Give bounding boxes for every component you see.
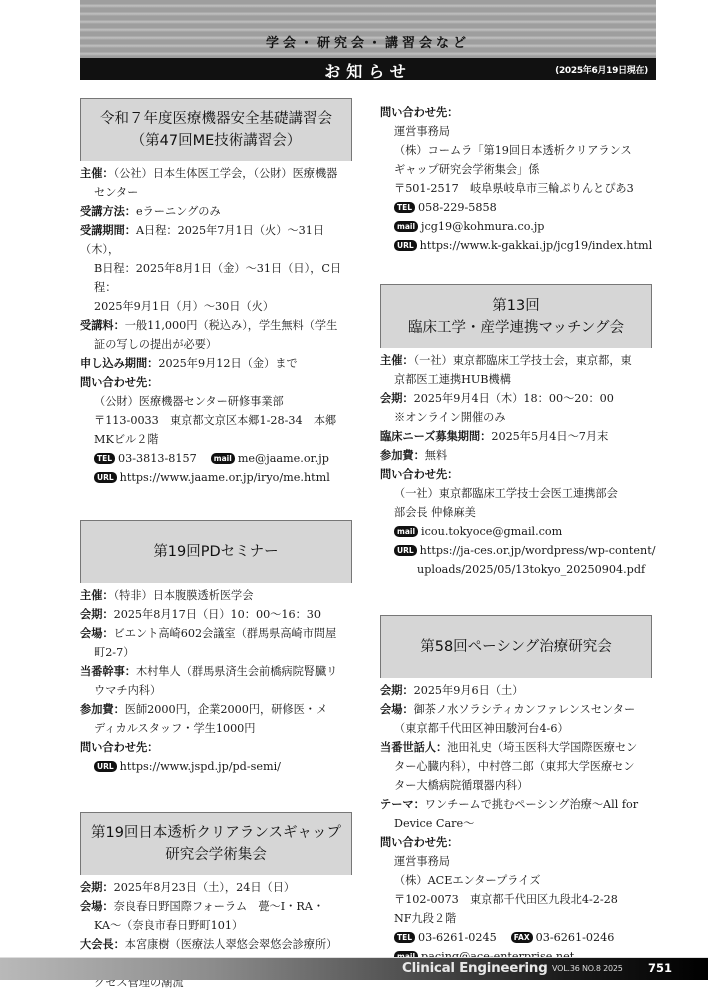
left-column: 令和７年度医療機器安全基礎講習会 （第47回ME技術講習会） 主催：（公社）日本… [80, 98, 352, 992]
contact-label: 問い合わせ先： [380, 103, 652, 122]
contact-label: 問い合わせ先： [80, 738, 352, 757]
date-field: 会期：2025年8月17日（日）10：00～16：30 [80, 605, 352, 624]
journal-brand: Clinical Engineering [402, 960, 547, 976]
contact-mail: mailjcg19@kohmura.co.jp [380, 217, 652, 236]
host-cont: ター大橋病院循環器内科） [380, 776, 652, 795]
journal-volume: VOL.36 NO.8 2025 [552, 964, 623, 973]
page-number: 751 [648, 961, 672, 975]
contact-address: 〒113-0033 東京都文京区本郷1-28-34 本郷 [80, 411, 352, 430]
fee-cont: 証の写しの提出が必要） [80, 335, 352, 354]
as-of-date: (2025年6月19日現在) [555, 63, 648, 76]
fee-field: 参加費：医師2000円，企業2000円，研修医・メ [80, 700, 352, 719]
organizer-field: 主催：（一社）東京都臨床工学技士会，東京都，東 [380, 351, 652, 370]
event-title-line: 第19回PDセミナー [81, 541, 351, 563]
event-title-line: 臨床工学・産学連携マッチング会 [381, 317, 651, 339]
event-me-seminar: 令和７年度医療機器安全基礎講習会 （第47回ME技術講習会） 主催：（公社）日本… [80, 98, 352, 487]
url-icon: URL [94, 472, 117, 483]
host-field: 当番幹事：木村隼人（群馬県済生会前橋病院腎臓リ [80, 662, 352, 681]
host-cont: ター心臓内科），中村啓二郎（東邦大学医療セン [380, 757, 652, 776]
right-column: 問い合わせ先： 運営事務局 （株）コームラ「第19回日本透析クリアランス ギャッ… [380, 103, 652, 966]
mail-icon: mail [394, 221, 418, 232]
event-title-line: 第58回ペーシング治療研究会 [381, 636, 651, 658]
organizer-field: 主催：（公社）日本生体医工学会，（公財）医療機器 [80, 164, 352, 183]
section-banner: 学会・研究会・講習会など お知らせ (2025年6月19日現在) [80, 0, 656, 80]
event-title-box: 第58回ペーシング治療研究会 [380, 615, 652, 678]
host-field: 当番世話人：池田礼史（埼玉医科大学国際医療セン [380, 738, 652, 757]
event-title-box: 第19回PDセミナー [80, 520, 352, 583]
event-pacing: 第58回ペーシング治療研究会 会期：2025年9月6日（土） 会場：御茶ノ水ソラ… [380, 615, 652, 966]
page-footer: Clinical Engineering VOL.36 NO.8 2025 75… [0, 957, 708, 980]
event-matching: 第13回 臨床工学・産学連携マッチング会 主催：（一社）東京都臨床工学技士会，東… [380, 284, 652, 579]
venue-field: 会場：御茶ノ水ソラシティカンファレンスセンター [380, 700, 652, 719]
date-field: 会期：2025年9月6日（土） [380, 681, 652, 700]
mail-address[interactable]: me@jaame.or.jp [238, 452, 329, 465]
url-link[interactable]: https://www.jspd.jp/pd-semi/ [120, 760, 281, 773]
contact-tel: TEL058-229-5858 [380, 198, 652, 217]
period-cont: 2025年9月1日（月）～30日（火） [80, 297, 352, 316]
needs-field: 臨床ニーズ募集期間：2025年5月4日～7月末 [380, 427, 652, 446]
contact-label: 問い合わせ先： [380, 465, 652, 484]
url-link-cont[interactable]: uploads/2025/05/13tokyo_20250904.pdf [380, 560, 652, 579]
contact-address: 〒102-0073 東京都千代田区九段北4-2-28 [380, 890, 652, 909]
event-title-box: 第19回日本透析クリアランスギャップ 研究会学術集会 [80, 812, 352, 875]
mail-address[interactable]: jcg19@kohmura.co.jp [421, 220, 544, 233]
date-field: 会期：2025年8月23日（土），24日（日） [80, 878, 352, 897]
tel-icon: TEL [394, 202, 415, 213]
date-note: ※オンライン開催のみ [380, 408, 652, 427]
venue-cont: KA～（奈良市春日野町101） [80, 916, 352, 935]
organizer-cont: 京都医工連携HUB機構 [380, 370, 652, 389]
period-cont: B日程：2025年8月1日（金）～31日（日），C日程： [80, 259, 352, 297]
event-title-line: 研究会学術集会 [81, 844, 351, 866]
contact-mail: mailicou.tokyoce@gmail.com [380, 522, 652, 541]
section-category: 学会・研究会・講習会など [80, 32, 656, 51]
venue-cont: 町2-7） [80, 643, 352, 662]
contact-address: 〒501-2517 岐阜県岐阜市三輪ぷりんとぴあ3 [380, 179, 652, 198]
contact-address-cont: NF九段２階 [380, 909, 652, 928]
fee-field: 受講料：一般11,000円（税込み），学生無料（学生 [80, 316, 352, 335]
event-clearance-gap-contact: 問い合わせ先： 運営事務局 （株）コームラ「第19回日本透析クリアランス ギャッ… [380, 103, 652, 255]
fee-field: 参加費：無料 [380, 446, 652, 465]
venue-cont: （東京都千代田区神田駿河台4-6） [380, 719, 652, 738]
contact-label: 問い合わせ先： [80, 373, 352, 392]
fax-number: 03-6261-0246 [536, 931, 615, 944]
tel-number[interactable]: 058-229-5858 [418, 201, 497, 214]
url-icon: URL [94, 761, 117, 772]
theme-field: テーマ：ワンチームで挑むペーシング治療～All for [380, 795, 652, 814]
title-bar: お知らせ (2025年6月19日現在) [80, 58, 656, 80]
contact-tel-fax: TEL03-6261-0245FAX03-6261-0246 [380, 928, 652, 947]
contact-url: URLhttps://www.k-gakkai.jp/jcg19/index.h… [380, 236, 652, 255]
contact-person: 部会長 仲條麻美 [380, 503, 652, 522]
organizer-cont: センター [80, 183, 352, 202]
fee-cont: ディカルスタッフ・学生1000円 [80, 719, 352, 738]
host-cont: ウマチ内科） [80, 681, 352, 700]
contact-line: （株）ACEエンタープライズ [380, 871, 652, 890]
event-title-line: 令和７年度医療機器安全基礎講習会 [81, 108, 351, 130]
contact-url: URLhttps://ja-ces.or.jp/wordpress/wp-con… [380, 541, 652, 560]
contact-url: URLhttps://www.jaame.or.jp/iryo/me.html [80, 468, 352, 487]
event-title-line: 第13回 [381, 295, 651, 317]
mail-icon: mail [394, 526, 418, 537]
venue-field: 会場：奈良春日野国際フォーラム 甍～I・RA・ [80, 897, 352, 916]
url-link[interactable]: https://www.jaame.or.jp/iryo/me.html [120, 471, 330, 484]
president-field: 大会長：本宮康樹（医療法人翠悠会翠悠会診療所） [80, 935, 352, 954]
url-icon: URL [394, 545, 417, 556]
contact-org: （公財）医療機器センター研修事業部 [80, 392, 352, 411]
tel-number[interactable]: 03-6261-0245 [418, 931, 497, 944]
deadline-field: 申し込み期間：2025年9月12日（金）まで [80, 354, 352, 373]
mail-icon: mail [211, 453, 235, 464]
url-link[interactable]: https://ja-ces.or.jp/wordpress/wp-conten… [420, 544, 656, 557]
method-field: 受講方法：eラーニングのみ [80, 202, 352, 221]
tel-number[interactable]: 03-3813-8157 [118, 452, 197, 465]
date-field: 会期：2025年9月4日（木）18：00～20：00 [380, 389, 652, 408]
contact-line: （株）コームラ「第19回日本透析クリアランス [380, 141, 652, 160]
contact-org: （一社）東京都臨床工学技士会医工連携部会 [380, 484, 652, 503]
contact-line: 運営事務局 [380, 122, 652, 141]
theme-cont: Device Care～ [380, 814, 652, 833]
contact-url: URLhttps://www.jspd.jp/pd-semi/ [80, 757, 352, 776]
period-field: 受講期間：A日程：2025年7月1日（火）～31日（木）， [80, 221, 352, 259]
tel-icon: TEL [94, 453, 115, 464]
venue-field: 会場：ビエント高崎602会議室（群馬県高崎市問屋 [80, 624, 352, 643]
contact-line: ギャップ研究会学術集会」係 [380, 160, 652, 179]
event-title-box: 第13回 臨床工学・産学連携マッチング会 [380, 284, 652, 348]
url-icon: URL [394, 240, 417, 251]
event-title-line: （第47回ME技術講習会） [81, 130, 351, 152]
fax-icon: FAX [511, 932, 533, 943]
contact-line: 運営事務局 [380, 852, 652, 871]
url-link[interactable]: https://www.k-gakkai.jp/jcg19/index.html [420, 239, 653, 252]
contact-tel-mail: TEL03-3813-8157mailme@jaame.or.jp [80, 449, 352, 468]
tel-icon: TEL [394, 932, 415, 943]
event-title-box: 令和７年度医療機器安全基礎講習会 （第47回ME技術講習会） [80, 98, 352, 161]
event-pd-seminar: 第19回PDセミナー 主催：（特非）日本腹膜透析医学会 会期：2025年8月17… [80, 520, 352, 776]
event-title-line: 第19回日本透析クリアランスギャップ [81, 822, 351, 844]
organizer-field: 主催：（特非）日本腹膜透析医学会 [80, 586, 352, 605]
contact-label: 問い合わせ先： [380, 833, 652, 852]
mail-address[interactable]: icou.tokyoce@gmail.com [421, 525, 562, 538]
contact-address-cont: MKビル２階 [80, 430, 352, 449]
